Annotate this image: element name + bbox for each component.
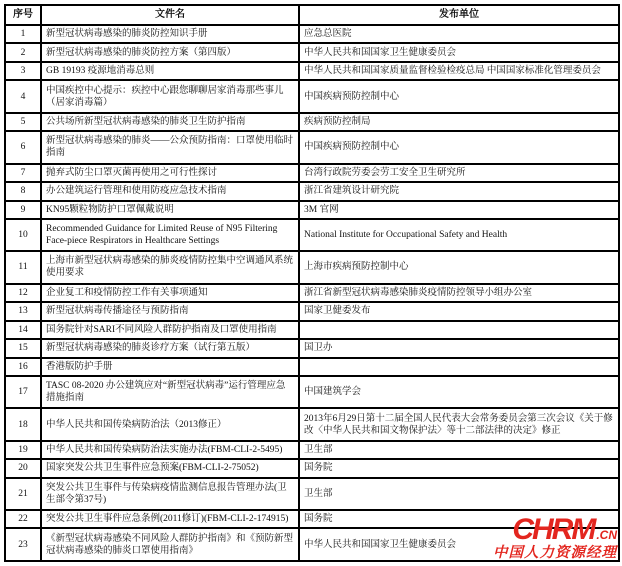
cell-publisher: National Institute for Occupational Safe… bbox=[299, 219, 619, 251]
table-row: 19中华人民共和国传染病防治法实施办法(FBM-CLI-2-5495)卫生部 bbox=[5, 441, 619, 459]
cell-publisher: 卫生部 bbox=[299, 478, 619, 510]
cell-row-number: 7 bbox=[5, 164, 41, 182]
cell-publisher: 疾病预防控制局 bbox=[299, 113, 619, 131]
cell-publisher: 3M 官网 bbox=[299, 201, 619, 219]
document-page: 序号 文件名 发布单位 1新型冠状病毒感染的肺炎防控知识手册应急总医院2新型冠状… bbox=[0, 0, 622, 566]
cell-row-number: 19 bbox=[5, 441, 41, 459]
cell-row-number: 12 bbox=[5, 284, 41, 302]
cell-publisher: 中国疾病预防控制中心 bbox=[299, 131, 619, 163]
table-row: 9KN95颗粒物防护口罩佩戴说明3M 官网 bbox=[5, 201, 619, 219]
cell-publisher: 卫生部 bbox=[299, 441, 619, 459]
cell-row-number: 15 bbox=[5, 339, 41, 357]
cell-file-name: 公共场所新型冠状病毒感染的肺炎卫生防护指南 bbox=[41, 113, 299, 131]
cell-file-name: 香港版防护手册 bbox=[41, 358, 299, 376]
cell-row-number: 20 bbox=[5, 459, 41, 477]
header-cell-no: 序号 bbox=[5, 5, 41, 25]
cell-row-number: 10 bbox=[5, 219, 41, 251]
cell-row-number: 21 bbox=[5, 478, 41, 510]
table-row: 18中华人民共和国传染病防治法（2013修正）2013年6月29日第十二届全国人… bbox=[5, 408, 619, 440]
cell-publisher: 浙江省建筑设计研究院 bbox=[299, 182, 619, 200]
cell-publisher: 国卫办 bbox=[299, 339, 619, 357]
cell-row-number: 22 bbox=[5, 510, 41, 528]
table-row: 7抛弃式防尘口罩灭菌再使用之可行性探讨台湾行政院劳委会劳工安全卫生研究所 bbox=[5, 164, 619, 182]
cell-file-name: 中国疾控中心提示：疾控中心跟您聊聊居家消毒那些事儿（居家消毒篇） bbox=[41, 80, 299, 112]
cell-file-name: 新型冠状病毒感染的肺炎防控知识手册 bbox=[41, 25, 299, 43]
table-row: 4中国疾控中心提示：疾控中心跟您聊聊居家消毒那些事儿（居家消毒篇）中国疾病预防控… bbox=[5, 80, 619, 112]
cell-file-name: 国务院针对SARI不同风险人群防护指南及口罩使用指南 bbox=[41, 321, 299, 339]
header-cell-publisher: 发布单位 bbox=[299, 5, 619, 25]
cell-file-name: 新型冠状病毒感染的肺炎诊疗方案（试行第五版） bbox=[41, 339, 299, 357]
cell-row-number: 5 bbox=[5, 113, 41, 131]
cell-row-number: 1 bbox=[5, 25, 41, 43]
table-row: 1新型冠状病毒感染的肺炎防控知识手册应急总医院 bbox=[5, 25, 619, 43]
cell-row-number: 6 bbox=[5, 131, 41, 163]
cell-file-name: Recommended Guidance for Limited Reuse o… bbox=[41, 219, 299, 251]
cell-publisher: 应急总医院 bbox=[299, 25, 619, 43]
cell-file-name: 中华人民共和国传染病防治法（2013修正） bbox=[41, 408, 299, 440]
cell-publisher: 中华人民共和国国家卫生健康委员会 bbox=[299, 43, 619, 61]
cell-file-name: GB 19193 疫源地消毒总则 bbox=[41, 62, 299, 80]
cell-row-number: 9 bbox=[5, 201, 41, 219]
cell-publisher: 2013年6月29日第十二届全国人民代表大会常务委员会第三次会议《关于修改〈中华… bbox=[299, 408, 619, 440]
cell-file-name: 办公建筑运行管理和使用防疫应急技术指南 bbox=[41, 182, 299, 200]
table-row: 23《新型冠状病毒感染不同风险人群防护指南》和《预防新型冠状病毒感染的肺炎口罩使… bbox=[5, 528, 619, 561]
cell-publisher: 国家卫健委发布 bbox=[299, 302, 619, 320]
cell-row-number: 18 bbox=[5, 408, 41, 440]
cell-file-name: 国家突发公共卫生事件应急预案(FBM-CLI-2-75052) bbox=[41, 459, 299, 477]
cell-file-name: TASC 08-2020 办公建筑应对“新型冠状病毒”运行管理应急措施指南 bbox=[41, 376, 299, 408]
cell-publisher: 中华人民共和国国家质量监督检验检疫总局 中国国家标准化管理委员会 bbox=[299, 62, 619, 80]
header-cell-filename: 文件名 bbox=[41, 5, 299, 25]
table-row: 13新型冠状病毒传播途径与预防指南国家卫健委发布 bbox=[5, 302, 619, 320]
cell-file-name: 新型冠状病毒感染的肺炎——公众预防指南：口罩使用临时指南 bbox=[41, 131, 299, 163]
cell-row-number: 13 bbox=[5, 302, 41, 320]
cell-row-number: 17 bbox=[5, 376, 41, 408]
cell-file-name: 企业复工和疫情防控工作有关事项通知 bbox=[41, 284, 299, 302]
cell-file-name: 抛弃式防尘口罩灭菌再使用之可行性探讨 bbox=[41, 164, 299, 182]
cell-row-number: 14 bbox=[5, 321, 41, 339]
table-row: 3GB 19193 疫源地消毒总则中华人民共和国国家质量监督检验检疫总局 中国国… bbox=[5, 62, 619, 80]
table-row: 17TASC 08-2020 办公建筑应对“新型冠状病毒”运行管理应急措施指南中… bbox=[5, 376, 619, 408]
cell-file-name: 新型冠状病毒感染的肺炎防控方案（第四版） bbox=[41, 43, 299, 61]
table-row: 21突发公共卫生事件与传染病疫情监测信息报告管理办法(卫生部令第37号)卫生部 bbox=[5, 478, 619, 510]
cell-publisher: 上海市疾病预防控制中心 bbox=[299, 251, 619, 283]
table-row: 10Recommended Guidance for Limited Reuse… bbox=[5, 219, 619, 251]
cell-file-name: 突发公共卫生事件与传染病疫情监测信息报告管理办法(卫生部令第37号) bbox=[41, 478, 299, 510]
table-body: 1新型冠状病毒感染的肺炎防控知识手册应急总医院2新型冠状病毒感染的肺炎防控方案（… bbox=[5, 25, 619, 561]
cell-row-number: 23 bbox=[5, 528, 41, 561]
cell-publisher: 中国疾病预防控制中心 bbox=[299, 80, 619, 112]
table-row: 15新型冠状病毒感染的肺炎诊疗方案（试行第五版）国卫办 bbox=[5, 339, 619, 357]
file-list-table: 序号 文件名 发布单位 1新型冠状病毒感染的肺炎防控知识手册应急总医院2新型冠状… bbox=[4, 4, 620, 562]
cell-file-name: 《新型冠状病毒感染不同风险人群防护指南》和《预防新型冠状病毒感染的肺炎口罩使用指… bbox=[41, 528, 299, 561]
table-row: 20国家突发公共卫生事件应急预案(FBM-CLI-2-75052)国务院 bbox=[5, 459, 619, 477]
table-row: 11上海市新型冠状病毒感染的肺炎疫情防控集中空调通风系统使用要求上海市疾病预防控… bbox=[5, 251, 619, 283]
cell-file-name: 上海市新型冠状病毒感染的肺炎疫情防控集中空调通风系统使用要求 bbox=[41, 251, 299, 283]
cell-publisher: 国务院 bbox=[299, 510, 619, 528]
cell-file-name: 新型冠状病毒传播途径与预防指南 bbox=[41, 302, 299, 320]
cell-row-number: 16 bbox=[5, 358, 41, 376]
cell-publisher: 国务院 bbox=[299, 459, 619, 477]
table-header-row: 序号 文件名 发布单位 bbox=[5, 5, 619, 25]
table-row: 2新型冠状病毒感染的肺炎防控方案（第四版）中华人民共和国国家卫生健康委员会 bbox=[5, 43, 619, 61]
cell-row-number: 8 bbox=[5, 182, 41, 200]
table-row: 12企业复工和疫情防控工作有关事项通知浙江省新型冠状病毒感染肺炎疫情防控领导小组… bbox=[5, 284, 619, 302]
cell-publisher bbox=[299, 321, 619, 339]
table-row: 6新型冠状病毒感染的肺炎——公众预防指南：口罩使用临时指南中国疾病预防控制中心 bbox=[5, 131, 619, 163]
cell-publisher bbox=[299, 358, 619, 376]
cell-row-number: 2 bbox=[5, 43, 41, 61]
table-row: 8办公建筑运行管理和使用防疫应急技术指南浙江省建筑设计研究院 bbox=[5, 182, 619, 200]
table-row: 22突发公共卫生事件应急条例(2011修订)(FBM-CLI-2-174915)… bbox=[5, 510, 619, 528]
cell-publisher: 浙江省新型冠状病毒感染肺炎疫情防控领导小组办公室 bbox=[299, 284, 619, 302]
cell-row-number: 4 bbox=[5, 80, 41, 112]
cell-publisher: 台湾行政院劳委会劳工安全卫生研究所 bbox=[299, 164, 619, 182]
cell-file-name: 突发公共卫生事件应急条例(2011修订)(FBM-CLI-2-174915) bbox=[41, 510, 299, 528]
cell-publisher: 中华人民共和国国家卫生健康委员会 bbox=[299, 528, 619, 561]
cell-row-number: 3 bbox=[5, 62, 41, 80]
cell-publisher: 中国建筑学会 bbox=[299, 376, 619, 408]
table-row: 5公共场所新型冠状病毒感染的肺炎卫生防护指南疾病预防控制局 bbox=[5, 113, 619, 131]
cell-file-name: 中华人民共和国传染病防治法实施办法(FBM-CLI-2-5495) bbox=[41, 441, 299, 459]
table-row: 16香港版防护手册 bbox=[5, 358, 619, 376]
cell-file-name: KN95颗粒物防护口罩佩戴说明 bbox=[41, 201, 299, 219]
table-row: 14国务院针对SARI不同风险人群防护指南及口罩使用指南 bbox=[5, 321, 619, 339]
cell-row-number: 11 bbox=[5, 251, 41, 283]
